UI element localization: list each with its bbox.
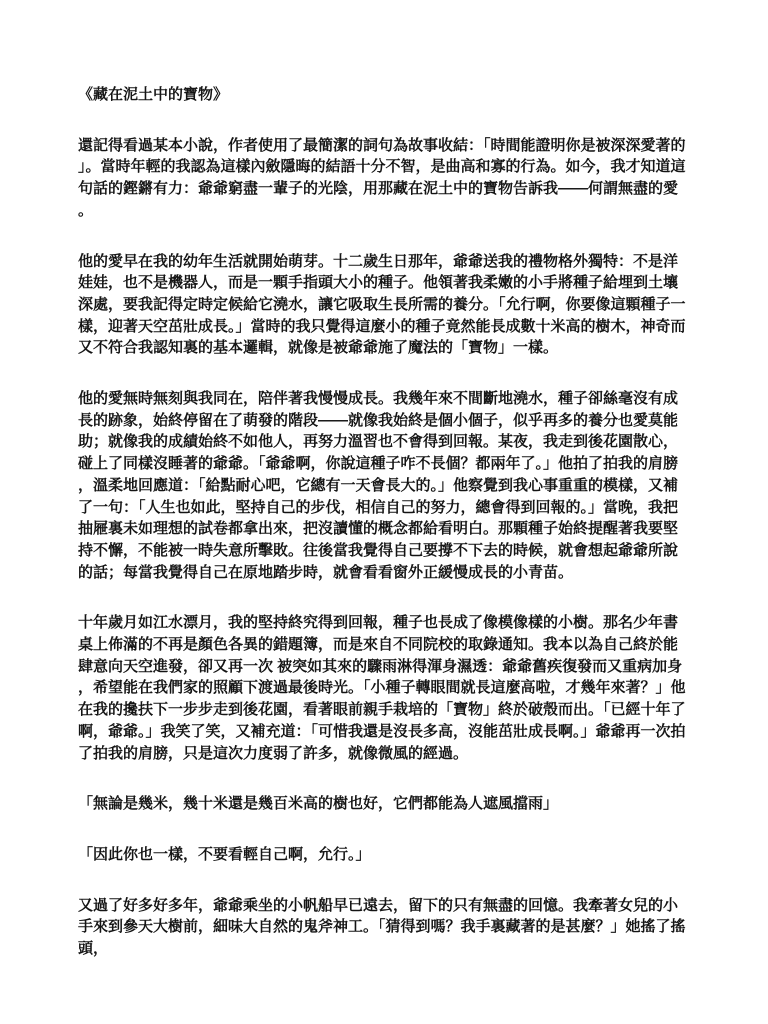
paragraph-growing-up: 他的愛無時無刻與我同在，陪伴著我慢慢成長。我幾年來不間斷地澆水，種子卻絲毫沒有成… xyxy=(78,388,692,583)
document-page: 《藏在泥土中的寶物》 還記得看過某本小說，作者使用了最簡潔的詞句為故事收結：「時… xyxy=(0,0,768,1024)
paragraph-ending: 又過了好多好多年，爺爺乘坐的小帆船早已遠去，留下的只有無盡的回憶。我牽著女兒的小… xyxy=(78,895,692,960)
paragraph-seed-gift: 他的愛早在我的幼年生活就開始萌芽。十二歲生日那年，爺爺送我的禮物格外獨特：不是洋… xyxy=(78,251,692,360)
quote-line-tree: 「無論是幾米，幾十米還是幾百米高的樹也好，它們都能為人遮風擋雨」 xyxy=(78,793,692,815)
document-body: 《藏在泥土中的寶物》 還記得看過某本小說，作者使用了最簡潔的詞句為故事收結：「時… xyxy=(78,84,692,960)
document-title: 《藏在泥土中的寶物》 xyxy=(78,84,692,106)
paragraph-intro: 還記得看過某本小說，作者使用了最簡潔的詞句為故事收結：「時間能證明你是被深深愛著… xyxy=(78,135,692,222)
paragraph-ten-years: 十年歲月如江水漂月，我的堅持終究得到回報，種子也長成了像模像樣的小樹。那名少年書… xyxy=(78,612,692,764)
quote-line-encouragement: 「因此你也一樣，不要看輕自己啊，允行。」 xyxy=(78,844,692,866)
